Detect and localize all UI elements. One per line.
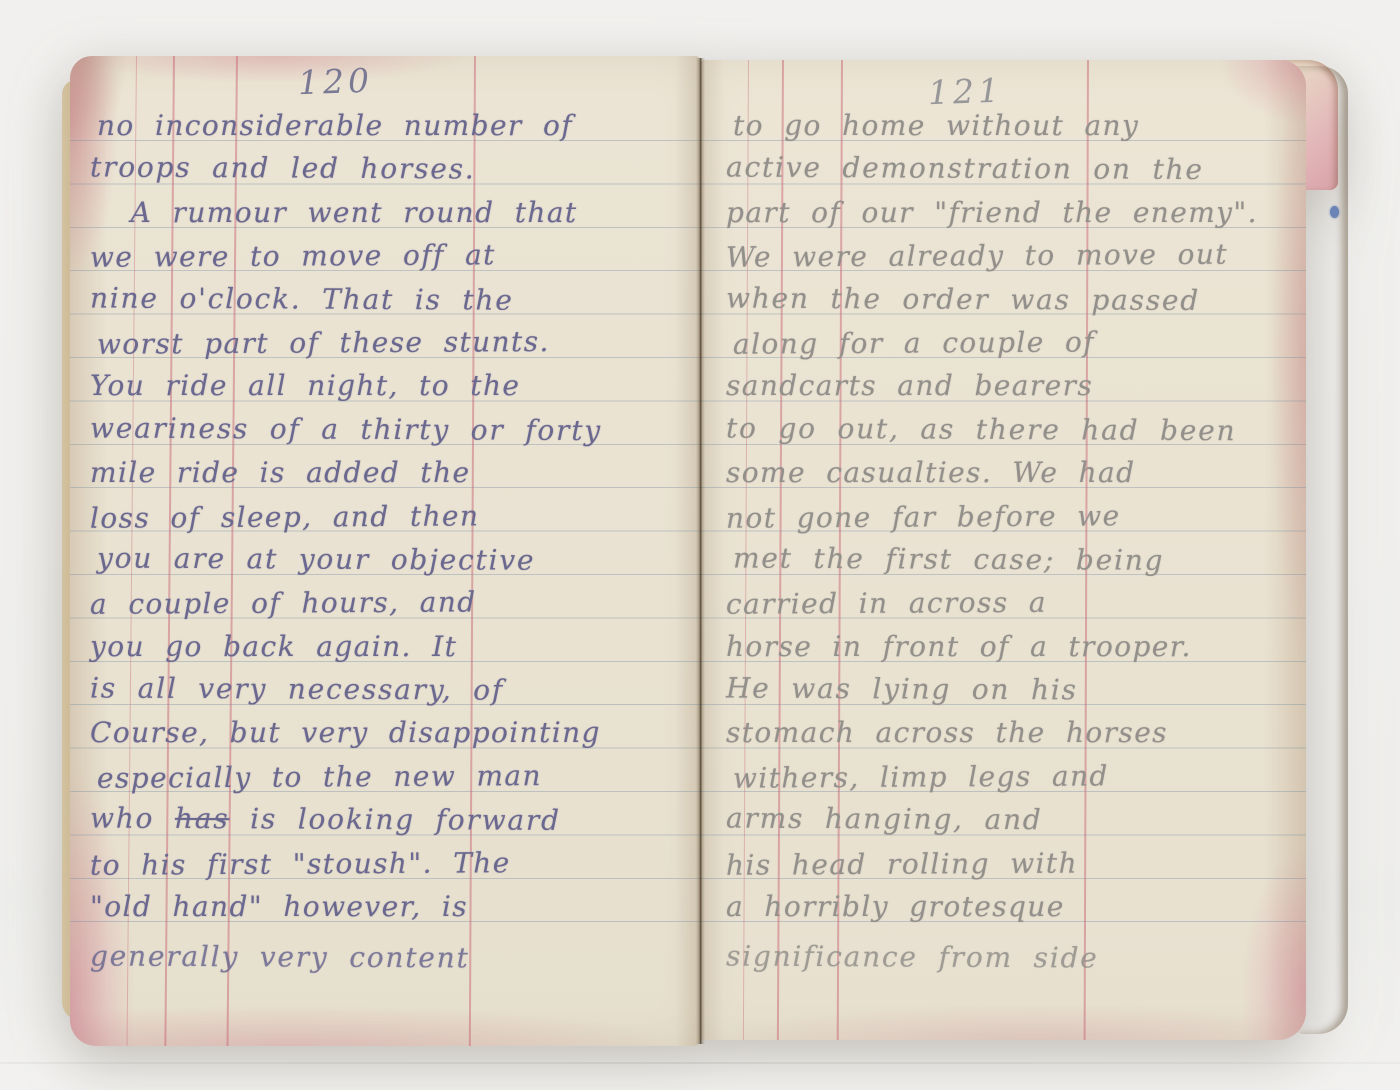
handwriting-line: a couple of hours, and — [90, 579, 682, 626]
handwritten-text: to go home without anyactive demonstrati… — [726, 104, 1292, 980]
table-seam — [0, 1062, 1400, 1064]
handwriting-line: He was lying on his — [726, 667, 1292, 713]
handwriting-line: sandcarts and bearers — [726, 364, 1292, 407]
handwriting-line: A rumour went round that — [90, 191, 682, 234]
handwriting-line: when the order was passed — [726, 276, 1292, 322]
photo-background: 120 no inconsiderable number oftroops an… — [0, 0, 1400, 1090]
handwriting-line: to his first "stoush". The — [90, 840, 682, 887]
handwriting-line: We were already to move out — [726, 232, 1292, 279]
handwriting-line: generally very content — [90, 935, 682, 981]
handwriting-line: You ride all night, to the — [90, 364, 682, 407]
handwriting-line: mile ride is added the — [90, 451, 682, 494]
handwriting-line: arms hanging, and — [726, 797, 1292, 843]
notebook-page-right: 121 to go home without anyactive demonst… — [700, 60, 1306, 1040]
handwriting-line: you go back again. It — [90, 625, 682, 668]
handwriting-line: significance from side — [726, 935, 1292, 981]
handwriting-line: met the first case; being — [733, 536, 1292, 582]
handwriting-line: along for a couple of — [733, 319, 1292, 366]
handwriting-line: Course, but very disappointing — [90, 711, 682, 754]
handwriting-line: active demonstration on the — [726, 146, 1292, 192]
handwriting-line: some casualties. We had — [726, 451, 1292, 494]
handwriting-line: a horribly grotesque — [726, 885, 1292, 928]
handwriting-line: carried in across a — [726, 580, 1292, 627]
handwriting-line: is all very necessary, of — [90, 667, 682, 713]
handwriting-line: "old hand" however, is — [90, 885, 682, 928]
handwriting-line: who has is looking forward — [90, 797, 682, 843]
handwriting-line: to go out, as there had been — [726, 406, 1292, 452]
handwriting-line: weariness of a thirty or forty — [90, 406, 682, 452]
handwriting-line: worst part of these stunts. — [97, 319, 682, 366]
handwriting-line: especially to the new man — [97, 753, 682, 800]
page-number: 120 — [297, 61, 373, 103]
notebook: 120 no inconsiderable number oftroops an… — [58, 50, 1352, 1050]
handwriting-line: nine o'clock. That is the — [90, 276, 682, 322]
notebook-page-left: 120 no inconsiderable number oftroops an… — [70, 56, 700, 1046]
handwriting-line: withers, limp legs and — [733, 753, 1292, 800]
ink-spot — [1330, 206, 1339, 218]
handwriting-line: part of our "friend the enemy". — [726, 191, 1292, 234]
handwriting-line: his head rolling with — [726, 840, 1292, 887]
handwritten-text: no inconsiderable number oftroops and le… — [90, 104, 682, 980]
handwriting-line: troops and led horses. — [90, 146, 682, 192]
handwriting-line: loss of sleep, and then — [90, 493, 682, 540]
handwriting-line: not gone far before we — [726, 493, 1292, 540]
handwriting-line: to go home without any — [733, 104, 1292, 147]
book-gutter — [696, 58, 705, 1044]
handwriting-line: we were to move off at — [90, 232, 682, 279]
handwriting-line: stomach across the horses — [726, 711, 1292, 754]
handwriting-line: no inconsiderable number of — [97, 104, 682, 147]
handwriting-line: horse in front of a trooper. — [726, 625, 1292, 668]
handwriting-line: you are at your objective — [97, 536, 682, 582]
